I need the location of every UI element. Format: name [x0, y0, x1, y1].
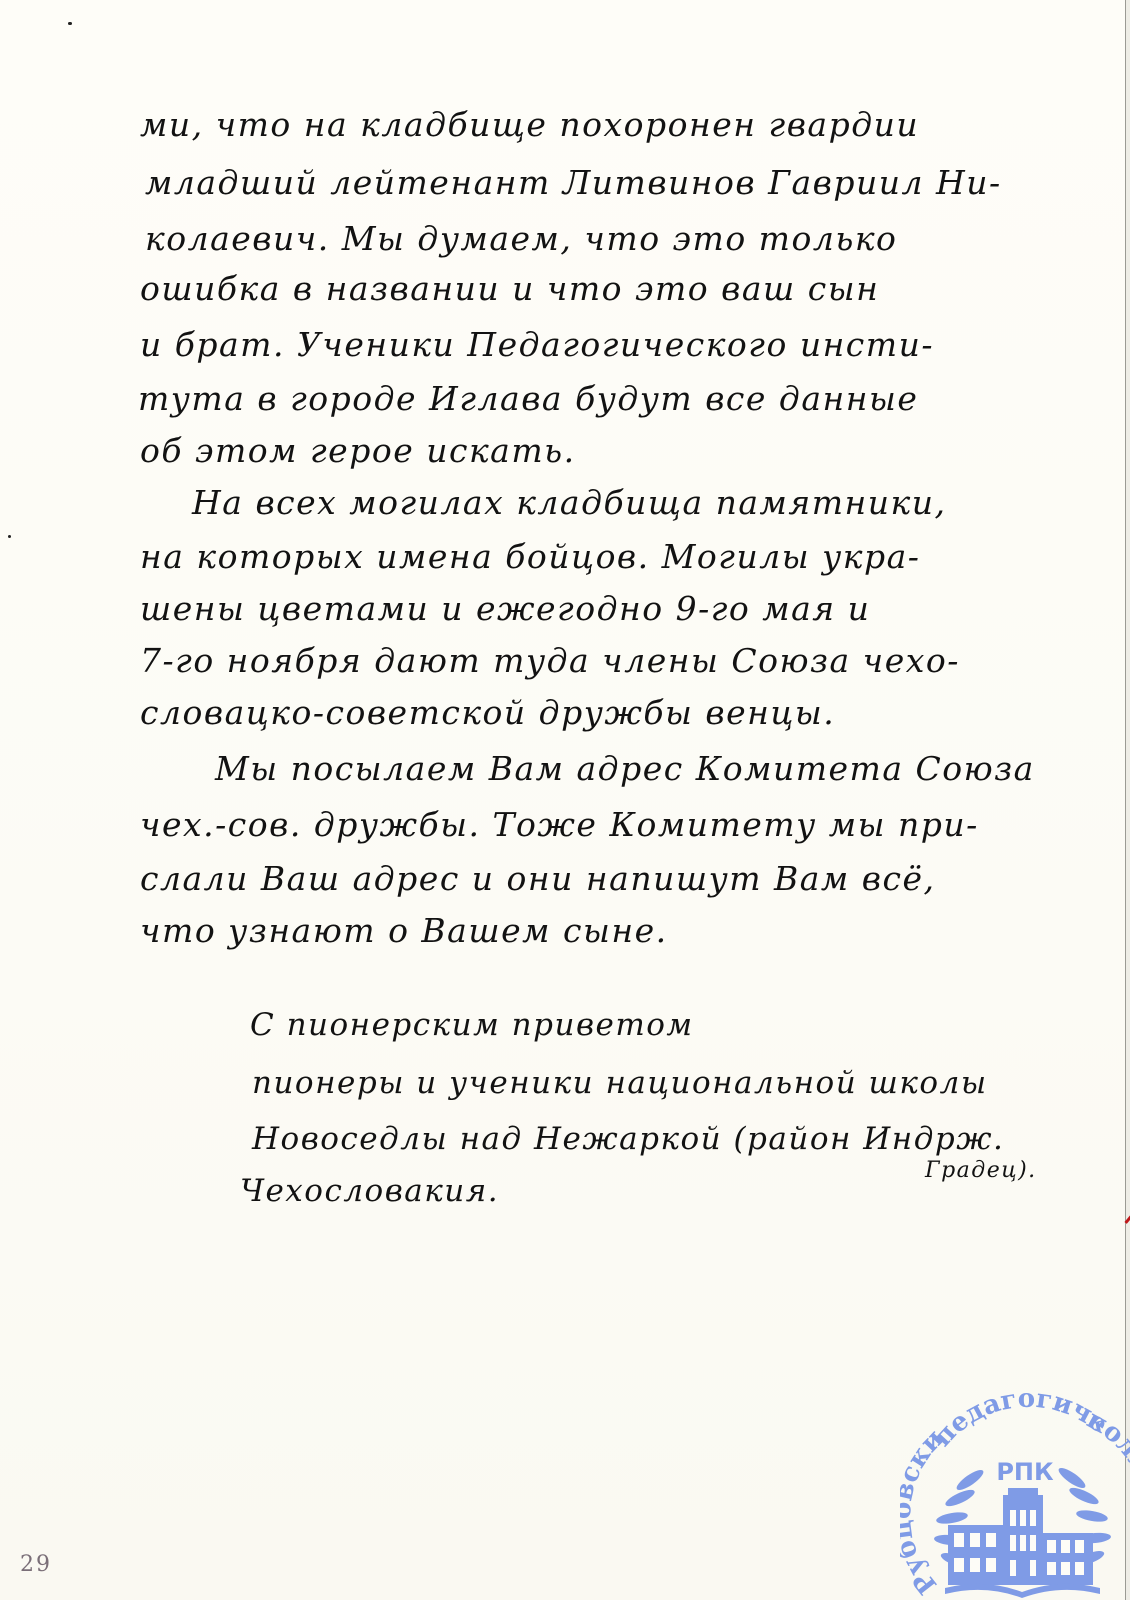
letter-line: чех.-сов. дружбы. Тоже Комитету мы при-: [140, 808, 979, 841]
college-building-icon: [948, 1488, 1093, 1585]
stamp-arc-left: Рубцовский: [900, 1370, 950, 1600]
letter-line: словацко-советской дружбы венцы.: [140, 696, 835, 729]
signature-line: Новоседлы над Нежаркой (район Индрж.: [252, 1124, 1004, 1155]
letter-line: и брат. Ученики Педагогического инсти-: [140, 328, 934, 361]
letter-line: что узнают о Вашем сыне.: [140, 914, 668, 947]
signature-note: Градец).: [925, 1160, 1037, 1182]
ink-speck: [8, 535, 11, 538]
ink-speck: [68, 22, 72, 25]
closing-greeting: С пионерским приветом: [250, 1010, 694, 1041]
signature-line: пионеры и ученики национальной школы: [252, 1068, 988, 1099]
stamp-graphics: Рубцовский педагогический колледж РПК: [900, 1370, 1130, 1600]
signature-line: Чехословакия.: [240, 1176, 499, 1207]
archive-page-number: 29: [20, 1552, 52, 1577]
letter-line: шены цветами и ежегодно 9-го мая и: [140, 592, 870, 625]
letter-line: колаевич. Мы думаем, что это только: [145, 222, 897, 255]
open-book-icon: [945, 1584, 1100, 1598]
letter-line: младший лейтенант Литвинов Гавриил Ни-: [145, 166, 1002, 199]
letter-line: тута в городе Иглава будут все данные: [138, 382, 918, 415]
paragraph-start-line: Мы посылаем Вам адрес Комитета Союза: [215, 752, 1035, 785]
letter-line: ошибка в названии и что это ваш сын: [140, 272, 879, 305]
paragraph-start-line: На всех могилах кладбища памятники,: [192, 486, 946, 519]
letter-line: об этом герое искать.: [140, 434, 576, 467]
stamp-abbreviation: РПК: [996, 1458, 1054, 1486]
letter-line: слали Ваш адрес и они напишут Вам всё,: [140, 862, 936, 895]
letter-line: 7-го ноября дают туда члены Союза чехо-: [140, 644, 960, 677]
college-stamp: Рубцовский педагогический колледж РПК: [900, 1370, 1130, 1600]
scan-margin: [1126, 0, 1130, 1600]
letter-line: ми, что на кладбище похоронен гвардии: [140, 108, 919, 141]
letter-line: на которых имена бойцов. Могилы укра-: [140, 540, 920, 573]
